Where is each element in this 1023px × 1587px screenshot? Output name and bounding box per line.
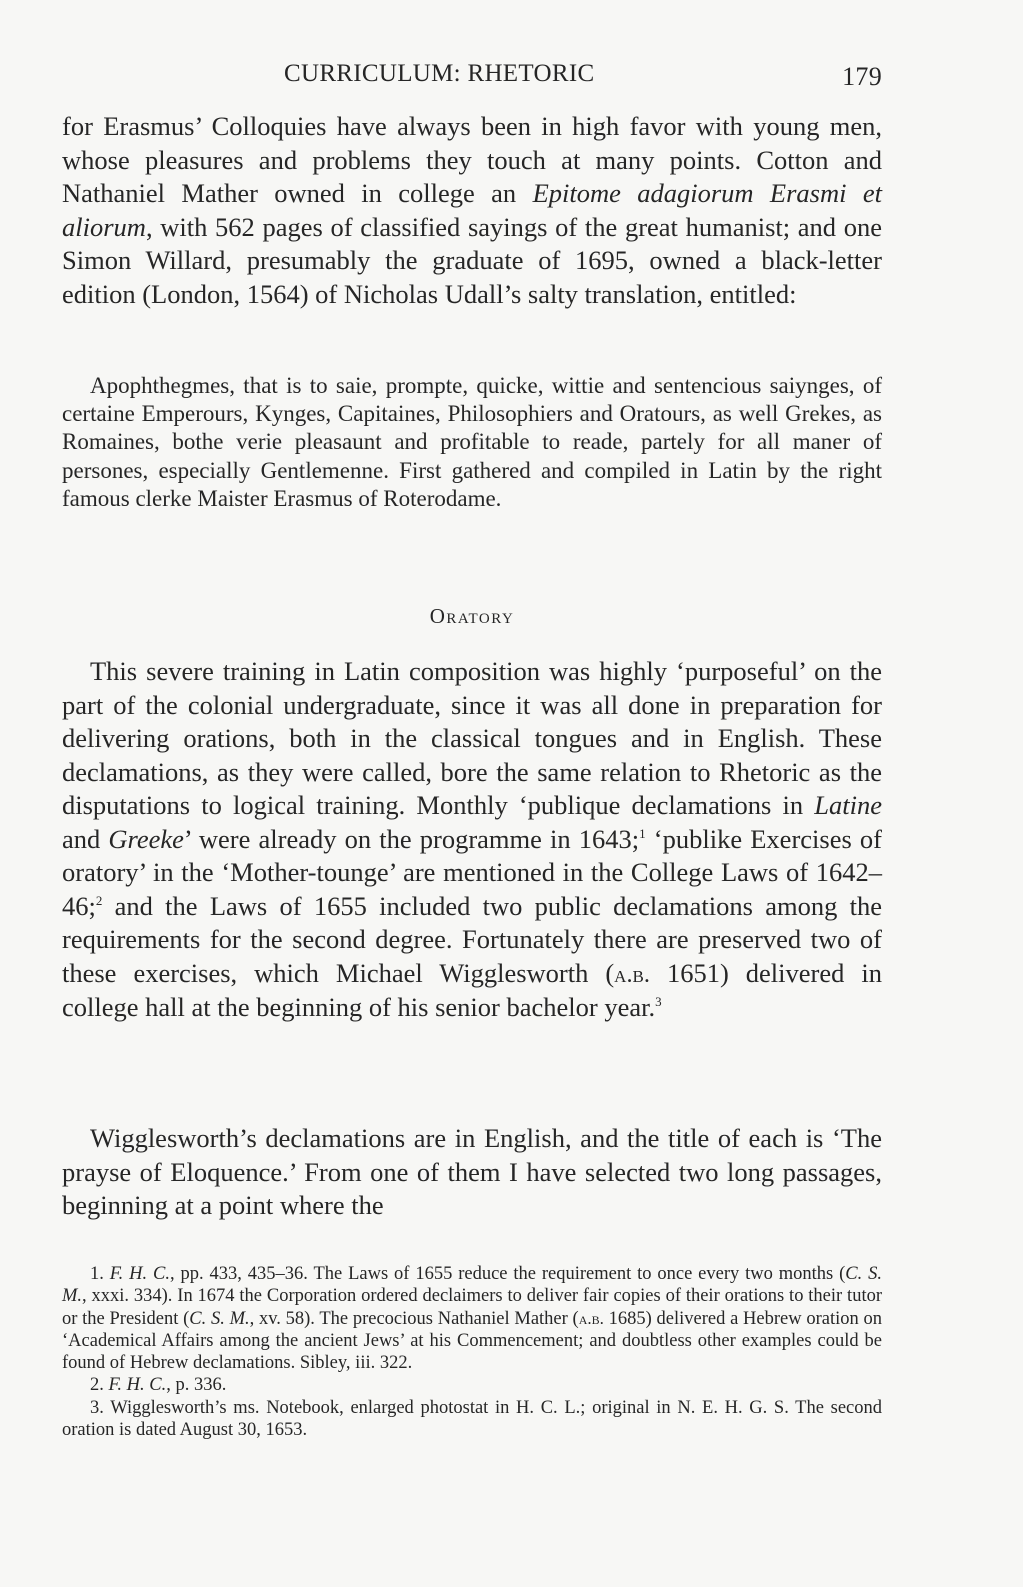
footnotes: 1. F. H. C., pp. 433, 435–36. The Laws o… (62, 1263, 882, 1441)
page-number: 179 (842, 62, 882, 92)
paragraph-3: Wigglesworth’s declamations are in Engli… (62, 1122, 882, 1223)
paragraph-1-text-b: , with 562 pages of classified sayings o… (62, 212, 882, 309)
footnote-1: 1. F. H. C., pp. 433, 435–36. The Laws o… (62, 1263, 882, 1374)
footnote-3: 3. Wigglesworth’s ms. Notebook, enlarged… (62, 1397, 882, 1442)
degree-abbrev: a.b. (614, 961, 650, 988)
footnote-1-text-c: , xv. 58). The precocious Nathaniel Math… (250, 1309, 579, 1329)
paragraph-1: for Erasmus’ Colloquies have always been… (62, 110, 882, 311)
footnote-1-italic-a: F. H. C. (110, 1264, 170, 1284)
paragraph-2-text-b: and (62, 824, 108, 854)
footnote-2-text-a: , p. 336. (166, 1375, 226, 1395)
footnote-1-italic-c: C. S. M. (189, 1309, 249, 1329)
footnote-number: 3. (90, 1398, 104, 1418)
paragraph-2-text-a: This severe training in Latin compositio… (62, 656, 882, 820)
footnote-1-degree: a.b. (579, 1309, 604, 1328)
footnote-2-italic-a: F. H. C. (109, 1375, 167, 1395)
running-head-title: CURRICULUM: RHETORIC (284, 60, 594, 88)
footnote-ref-3[interactable]: 3 (655, 994, 662, 1009)
block-quote: Apophthegmes, that is to saie, prompte, … (62, 372, 882, 513)
paragraph-2: This severe training in Latin compositio… (62, 655, 882, 1025)
running-head: CURRICULUM: RHETORIC 179 (62, 60, 882, 96)
italic-latine: Latine (814, 790, 882, 820)
paragraph-3-text: Wigglesworth’s declamations are in Engli… (62, 1122, 882, 1223)
footnote-number: 2. (90, 1375, 104, 1395)
footnote-1-text-a: , pp. 433, 435–36. The Laws of 1655 redu… (170, 1264, 845, 1284)
footnote-number: 1. (90, 1264, 104, 1284)
italic-greeke: Greeke (108, 824, 184, 854)
footnote-3-text-a: Wigglesworth’s ms. Notebook, enlarged ph… (62, 1398, 882, 1440)
paragraph-2-text-c: ’ were already on the programme in 1643; (184, 824, 639, 854)
section-heading: Oratory (62, 604, 882, 629)
block-quote-text: Apophthegmes, that is to saie, prompte, … (62, 372, 882, 513)
footnote-2: 2. F. H. C., p. 336. (62, 1374, 882, 1396)
